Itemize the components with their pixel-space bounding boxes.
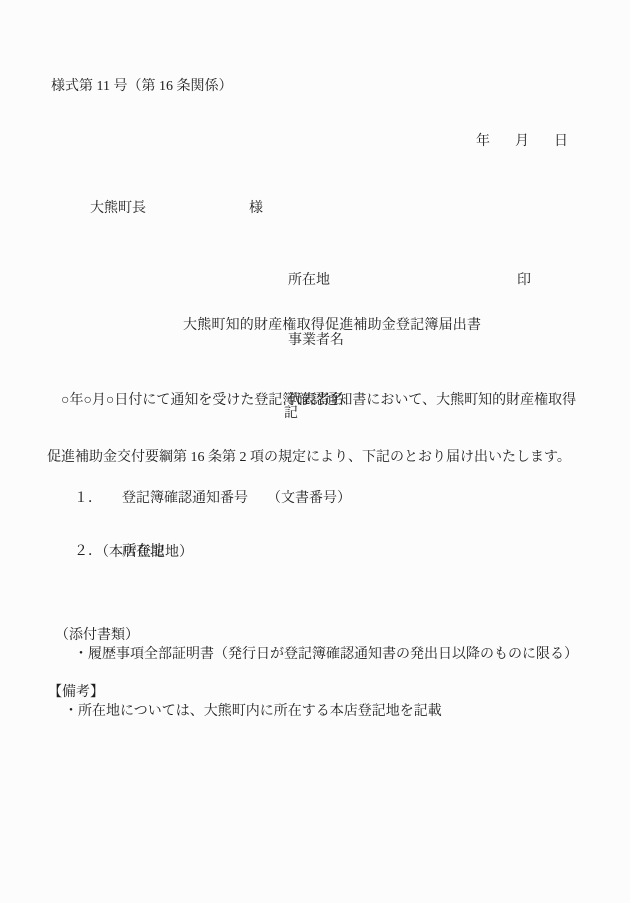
document-title: 大熊町知的財産権取得促進補助金登記簿届出書 [183, 316, 481, 335]
attachments-line: ・履歴事項全部証明書（発行日が登記簿確認通知書の発出日以降のものに限る） [74, 645, 578, 664]
sender-field-location: 所在地 [288, 271, 344, 291]
item-1-note: （文書番号） [267, 491, 351, 506]
item-2-sub-label: （本店登記地） [95, 543, 193, 562]
date-month-label: 月 [515, 130, 529, 150]
date-line: 年 月 日 [0, 130, 630, 150]
addressee-name: 大熊町長 [90, 201, 146, 216]
record-marker: 記 [284, 404, 298, 423]
seal-mark: 印 [517, 271, 531, 290]
document-page: 様式第 11 号（第 16 条関係） 年 月 日 大熊町長様 所在地 事業者名 … [0, 0, 630, 903]
body-line-1: ○年○月○日付にて通知を受けた登記簿確認通知書において、大熊町知的財産権取得 [47, 391, 592, 410]
attachments-header: （添付書類） [55, 626, 139, 645]
date-year-label: 年 [476, 130, 490, 150]
list-item-1: １．登記簿確認通知番号（文書番号） [60, 470, 351, 527]
date-day-label: 日 [554, 130, 568, 150]
addressee-honorific: 様 [249, 201, 263, 216]
body-line-2: 促進補助金交付要綱第 16 条第 2 項の規定により、下記のとおり届け出いたしま… [47, 448, 592, 467]
item-1-label: 登記簿確認通知番号 [122, 491, 248, 506]
remarks-line: ・所在地については、大熊町内に所在する本店登記地を記載 [64, 702, 442, 721]
addressee-line: 大熊町長様 [76, 180, 263, 237]
item-1-number: １． [74, 489, 122, 508]
form-number: 様式第 11 号（第 16 条関係） [51, 77, 232, 96]
remarks-header: 【備考】 [48, 683, 104, 702]
